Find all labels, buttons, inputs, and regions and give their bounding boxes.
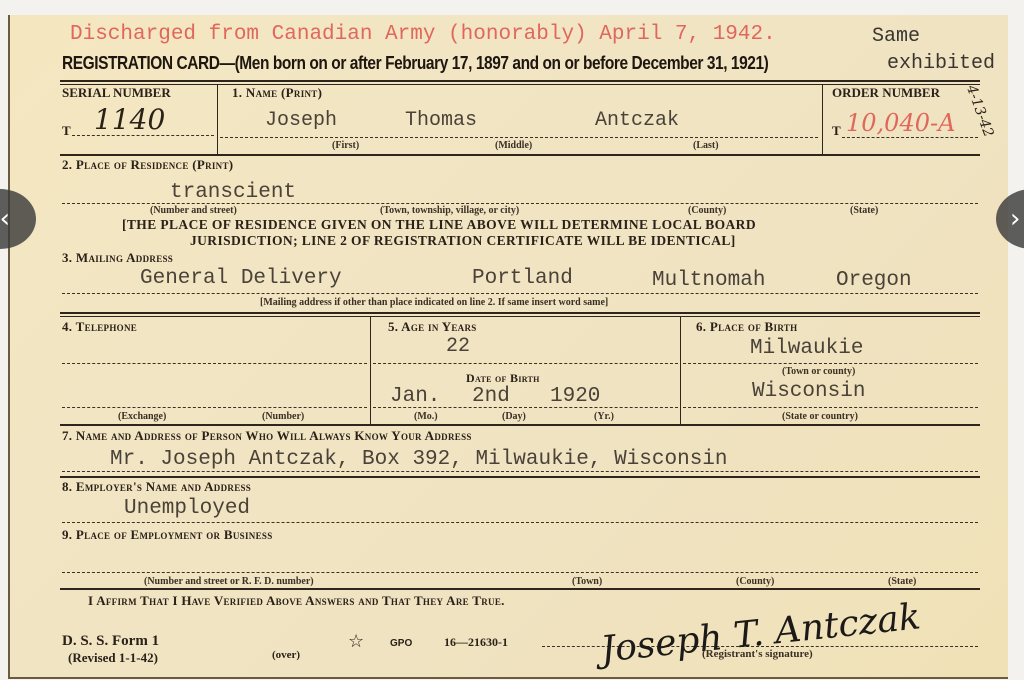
year-caption: (Yr.) [594, 411, 614, 422]
contact-label: 7. Name and Address of Person Who Will A… [62, 428, 472, 444]
serial-label: SERIAL NUMBER [62, 85, 171, 101]
affirmation: I Affirm That I Have Verified Above Answ… [88, 593, 505, 609]
birth-state-caption: (State or country) [782, 411, 858, 422]
gpo-label: GPO [390, 638, 412, 649]
mailing-label: 3. Mailing Address [62, 250, 173, 266]
birth-town-caption: (Town or county) [782, 366, 855, 377]
residence-caption-street: (Number and street) [150, 205, 237, 216]
order-label: ORDER NUMBER [832, 85, 940, 101]
residence-notice-2: JURISDICTION; LINE 2 OF REGISTRATION CER… [190, 233, 736, 249]
contact-value: Mr. Joseph Antczak, Box 392, Milwaukie, … [110, 448, 728, 471]
date-note: 4-13-42 [963, 83, 997, 139]
over-note: (over) [272, 649, 300, 661]
employment-label: 9. Place of Employment or Business [62, 527, 273, 543]
mailing-street: General Delivery [140, 267, 342, 290]
card-title: REGISTRATION CARD—(Men born on or after … [62, 53, 768, 74]
last-caption: (Last) [693, 140, 719, 151]
mailing-state: Oregon [836, 269, 912, 292]
employment-caption-county: (County) [736, 576, 774, 587]
residence-caption-state: (State) [850, 205, 878, 216]
dob-day: 2nd [472, 385, 510, 408]
last-name: Antczak [595, 109, 679, 132]
chevron-left-icon: ‹ [0, 204, 10, 234]
birth-state: Wisconsin [752, 380, 865, 403]
telephone-label: 4. Telephone [62, 319, 137, 335]
order-number: 10,040-A [846, 109, 955, 137]
serial-prefix: T [62, 123, 71, 139]
first-name: Joseph [265, 109, 337, 132]
name-label: 1. Name (Print) [232, 85, 322, 101]
residence-value: transcient [170, 181, 296, 204]
exhibited-note: exhibited [887, 52, 995, 75]
residence-caption-county: (County) [688, 205, 726, 216]
order-prefix: T [832, 123, 841, 139]
serial-number: 1140 [94, 103, 165, 136]
employer-value: Unemployed [124, 497, 250, 520]
chevron-right-icon: › [1010, 204, 1020, 234]
gpo-code: 16—21630-1 [444, 635, 508, 650]
registration-card: Discharged from Canadian Army (honorably… [8, 15, 1008, 679]
employer-label: 8. Employer's Name and Address [62, 479, 251, 495]
residence-caption-town: (Town, township, village, or city) [380, 205, 519, 216]
employment-caption-street: (Number and street or R. F. D. number) [144, 576, 314, 587]
same-note: Same [872, 25, 920, 48]
dob-year: 1920 [550, 385, 600, 408]
day-caption: (Day) [502, 411, 526, 422]
mailing-city: Portland [472, 267, 573, 290]
signature-caption: (Registrant's signature) [702, 648, 813, 660]
month-caption: (Mo.) [414, 411, 438, 422]
form-number: D. S. S. Form 1 [62, 633, 159, 650]
age-value: 22 [446, 335, 470, 358]
mailing-county: Multnomah [652, 269, 765, 292]
birthplace-label: 6. Place of Birth [696, 319, 797, 335]
exchange-caption: (Exchange) [118, 411, 166, 422]
residence-label: 2. Place of Residence (Print) [62, 157, 233, 173]
mailing-caption: [Mailing address if other than place ind… [260, 297, 608, 308]
form-revised: (Revised 1-1-42) [68, 650, 158, 666]
middle-name: Thomas [405, 109, 477, 132]
birth-town: Milwaukie [750, 337, 863, 360]
discharge-note: Discharged from Canadian Army (honorably… [70, 23, 776, 46]
residence-notice-1: [THE PLACE OF RESIDENCE GIVEN ON THE LIN… [122, 217, 756, 233]
star-icon: ☆ [348, 631, 364, 652]
age-label: 5. Age in Years [388, 319, 477, 335]
dob-month: Jan. [390, 385, 440, 408]
middle-caption: (Middle) [495, 140, 532, 151]
employment-caption-state: (State) [888, 576, 916, 587]
first-caption: (First) [332, 140, 359, 151]
dob-label: Date of Birth [466, 371, 540, 386]
employment-caption-town: (Town) [572, 576, 602, 587]
number-caption: (Number) [262, 411, 304, 422]
